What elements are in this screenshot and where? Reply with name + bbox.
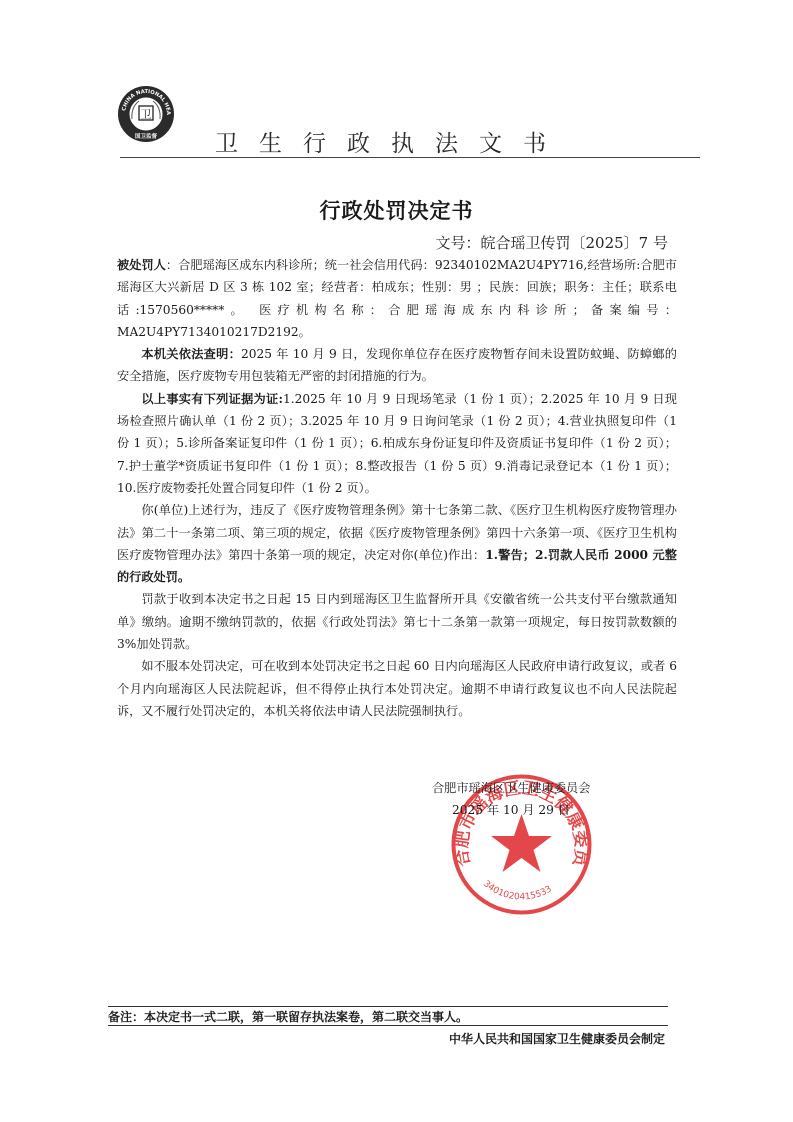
footer-divider-top bbox=[108, 1006, 668, 1007]
evidence-paragraph: 以上事实有下列证据为证:1.2025 年 10 月 9 日现场笔录（1 份 1 … bbox=[117, 388, 677, 499]
svg-text:3401020415533: 3401020415533 bbox=[481, 879, 554, 903]
payment-paragraph: 罚款于收到本决定书之日起 15 日内到瑶海区卫生监督所开具《安徽省统一公共支付平… bbox=[117, 588, 677, 655]
issuing-organization: 合肥市瑶海区卫生健康委员会 bbox=[432, 777, 590, 799]
signature-block: 合肥市瑶海区卫生健康委员会 2025 年 10 月 29 日 bbox=[432, 777, 590, 821]
footer-note: 备注：本决定书一式二联，第一联留存执法案卷，第二联交当事人。 bbox=[108, 1008, 468, 1025]
party-paragraph: 被处罚人：合肥瑶海区成东内科诊所；统一社会信用代码：92340102MA2U4P… bbox=[117, 254, 677, 343]
footer-issuer: 中华人民共和国国家卫生健康委员会制定 bbox=[449, 1030, 665, 1047]
document-number: 文号：皖合瑶卫传罚〔2025〕7 号 bbox=[436, 232, 669, 253]
svg-text:国卫监督: 国卫监督 bbox=[135, 132, 158, 140]
findings-paragraph: 本机关依法查明：2025 年 10 月 9 日，发现你单位存在医疗废物暂存间未设… bbox=[117, 343, 677, 388]
document-body: 被处罚人：合肥瑶海区成东内科诊所；统一社会信用代码：92340102MA2U4P… bbox=[117, 254, 677, 722]
evidence-text: 1.2025 年 10 月 9 日现场笔录（1 份 1 页）；2.2025 年 … bbox=[117, 392, 677, 495]
party-label: 被处罚人 bbox=[117, 258, 166, 272]
header-title: 卫生行政执法文书 bbox=[215, 125, 567, 158]
findings-label: 本机关依法查明： bbox=[141, 347, 241, 361]
party-text: ：合肥瑶海区成东内科诊所；统一社会信用代码：92340102MA2U4PY716… bbox=[117, 258, 677, 339]
document-title: 行政处罚决定书 bbox=[0, 195, 793, 225]
evidence-label: 以上事实有下列证据为证: bbox=[141, 392, 283, 406]
header-divider bbox=[120, 157, 700, 158]
appeal-paragraph: 如不服本处罚决定，可在收到本处罚决定书之日起 60 日内向瑶海区人民政府申请行政… bbox=[117, 655, 677, 722]
health-inspection-emblem-icon: CHINA NATIONAL HEALTH INSPECTION 卫 国卫监督 bbox=[117, 85, 175, 143]
footer-divider-bottom bbox=[108, 1025, 668, 1026]
svg-text:卫: 卫 bbox=[141, 108, 152, 121]
issue-date: 2025 年 10 月 29 日 bbox=[432, 799, 590, 821]
decision-paragraph: 你(单位)上述行为，违反了《医疗废物管理条例》第十七条第二款、《医疗卫生机构医疗… bbox=[117, 499, 677, 588]
